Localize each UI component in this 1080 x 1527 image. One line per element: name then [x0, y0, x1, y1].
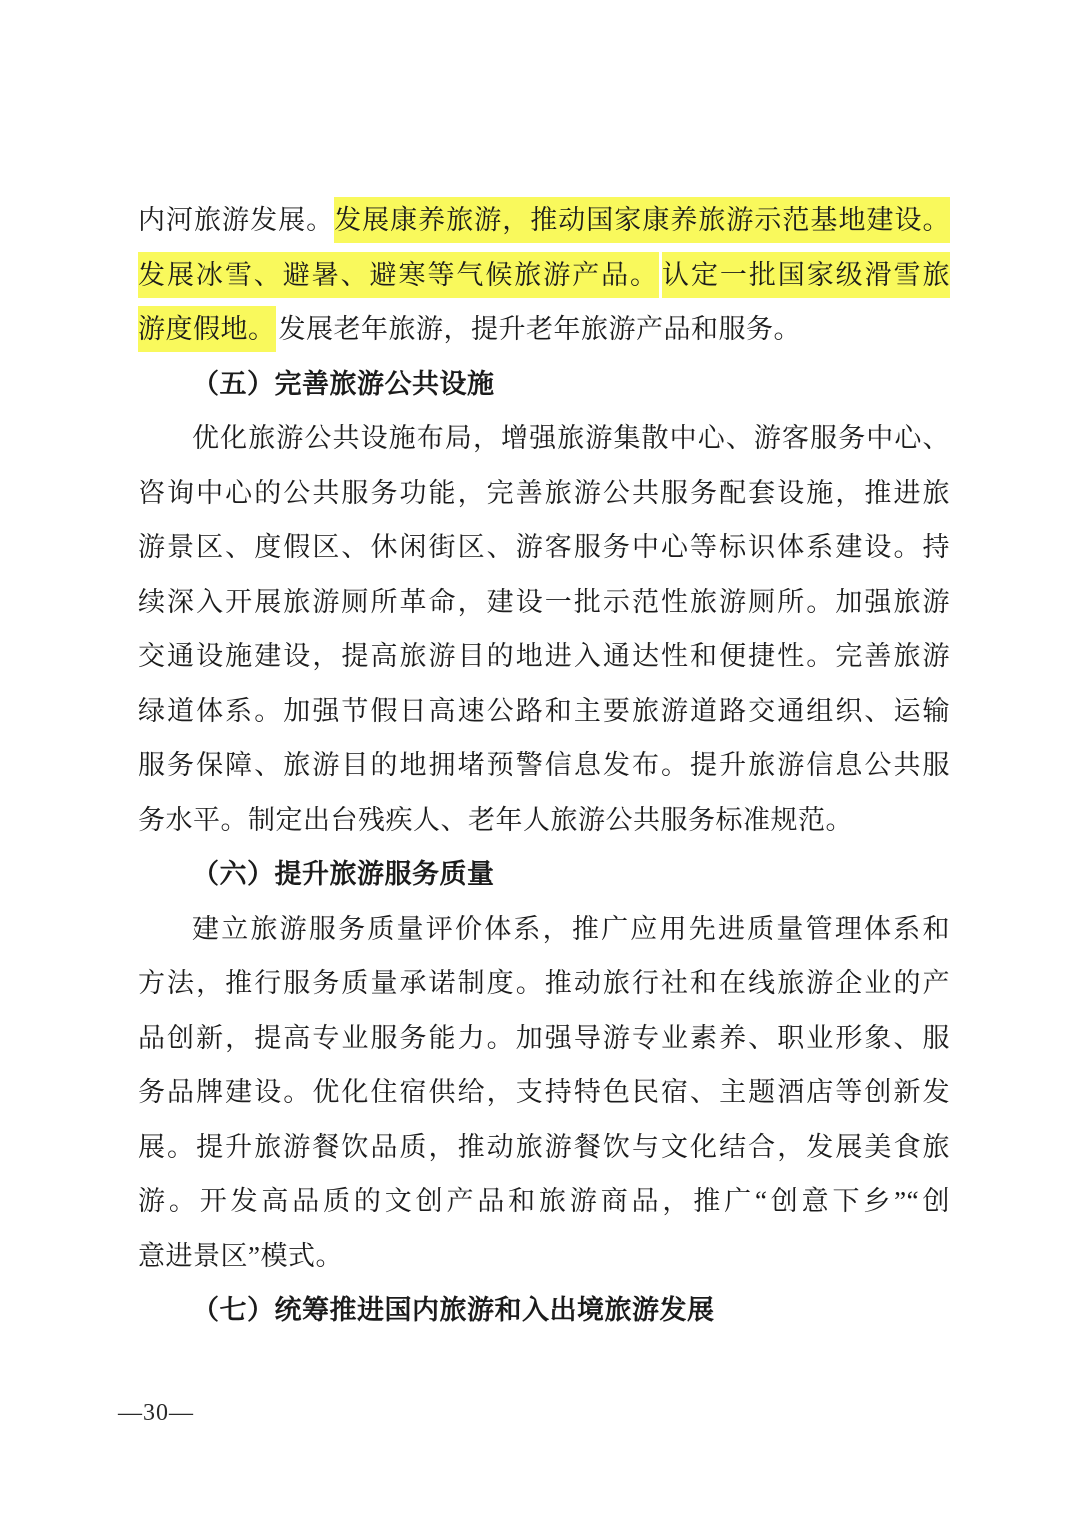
text-segment: 内河旅游发展。 — [138, 205, 334, 235]
text-segment: 展。提升旅游餐饮品质，推动旅游餐饮与文化结合，发展美食旅 — [138, 1132, 950, 1162]
highlighted-text: 发展冰雪、避暑、避寒等气候旅游产品。 — [138, 252, 659, 298]
text-line: 品创新，提高专业服务能力。加强导游专业素养、职业形象、服 — [138, 1011, 950, 1066]
text-segment: 服务保障、旅游目的地拥堵预警信息发布。提升旅游信息公共服 — [138, 750, 950, 780]
text-line: 内河旅游发展。发展康养旅游，推动国家康养旅游示范基地建设。 — [138, 193, 950, 248]
page-number: —30— — [118, 1398, 194, 1428]
text-segment: 绿道体系。加强节假日高速公路和主要旅游道路交通组织、运输 — [138, 696, 950, 726]
text-segment: 交通设施建设，提高旅游目的地进入通达性和便捷性。完善旅游 — [138, 641, 950, 671]
text-line: 游景区、度假区、休闲街区、游客服务中心等标识体系建设。持 — [138, 520, 950, 575]
document-body: 内河旅游发展。发展康养旅游，推动国家康养旅游示范基地建设。发展冰雪、避暑、避寒等… — [138, 193, 950, 1338]
section-heading: （七）统筹推进国内旅游和入出境旅游发展 — [138, 1283, 950, 1338]
text-line: 方法，推行服务质量承诺制度。推动旅行社和在线旅游企业的产 — [138, 956, 950, 1011]
text-segment: 建立旅游服务质量评价体系，推广应用先进质量管理体系和 — [192, 914, 950, 944]
text-segment: 意进景区”模式。 — [138, 1241, 343, 1271]
text-line: 展。提升旅游餐饮品质，推动旅游餐饮与文化结合，发展美食旅 — [138, 1120, 950, 1175]
text-line: 游度假地。发展老年旅游，提升老年旅游产品和服务。 — [138, 302, 950, 357]
text-segment: 品创新，提高专业服务能力。加强导游专业素养、职业形象、服 — [138, 1023, 950, 1053]
text-line: 建立旅游服务质量评价体系，推广应用先进质量管理体系和 — [138, 902, 950, 957]
text-line: 咨询中心的公共服务功能，完善旅游公共服务配套设施，推进旅 — [138, 466, 950, 521]
text-line: 务水平。制定出台残疾人、老年人旅游公共服务标准规范。 — [138, 793, 950, 848]
text-segment: （六）提升旅游服务质量 — [192, 859, 495, 889]
text-line: 优化旅游公共设施布局，增强旅游集散中心、游客服务中心、 — [138, 411, 950, 466]
text-line: 服务保障、旅游目的地拥堵预警信息发布。提升旅游信息公共服 — [138, 738, 950, 793]
text-line: 务品牌建设。优化住宿供给，支持特色民宿、主题酒店等创新发 — [138, 1065, 950, 1120]
text-segment: 游景区、度假区、休闲街区、游客服务中心等标识体系建设。持 — [138, 532, 950, 562]
text-segment: 务品牌建设。优化住宿供给，支持特色民宿、主题酒店等创新发 — [138, 1077, 950, 1107]
text-segment: 务水平。制定出台残疾人、老年人旅游公共服务标准规范。 — [138, 805, 853, 835]
document-page: 内河旅游发展。发展康养旅游，推动国家康养旅游示范基地建设。发展冰雪、避暑、避寒等… — [0, 0, 1080, 1527]
text-segment: 方法，推行服务质量承诺制度。推动旅行社和在线旅游企业的产 — [138, 968, 950, 998]
text-line: 发展冰雪、避暑、避寒等气候旅游产品。认定一批国家级滑雪旅 — [138, 248, 950, 303]
highlighted-text: 游度假地。 — [138, 306, 276, 352]
text-segment: 发展老年旅游，提升老年旅游产品和服务。 — [279, 314, 802, 344]
section-heading: （六）提升旅游服务质量 — [138, 847, 950, 902]
text-line: 绿道体系。加强节假日高速公路和主要旅游道路交通组织、运输 — [138, 684, 950, 739]
text-line: 续深入开展旅游厕所革命，建设一批示范性旅游厕所。加强旅游 — [138, 575, 950, 630]
text-segment: 咨询中心的公共服务功能，完善旅游公共服务配套设施，推进旅 — [138, 478, 950, 508]
highlighted-text: 发展康养旅游，推动国家康养旅游示范基地建设。 — [334, 197, 950, 243]
text-line: 交通设施建设，提高旅游目的地进入通达性和便捷性。完善旅游 — [138, 629, 950, 684]
text-line: 意进景区”模式。 — [138, 1229, 950, 1284]
text-line: 游。开发高品质的文创产品和旅游商品，推广“创意下乡”“创 — [138, 1174, 950, 1229]
text-segment: 优化旅游公共设施布局，增强旅游集散中心、游客服务中心、 — [192, 423, 950, 453]
highlighted-text: 认定一批国家级滑雪旅 — [662, 252, 950, 298]
text-segment: （五）完善旅游公共设施 — [192, 369, 495, 399]
text-segment: 游。开发高品质的文创产品和旅游商品，推广“创意下乡”“创 — [138, 1186, 950, 1216]
section-heading: （五）完善旅游公共设施 — [138, 357, 950, 412]
text-segment: 续深入开展旅游厕所革命，建设一批示范性旅游厕所。加强旅游 — [138, 587, 950, 617]
text-segment: （七）统筹推进国内旅游和入出境旅游发展 — [192, 1295, 715, 1325]
